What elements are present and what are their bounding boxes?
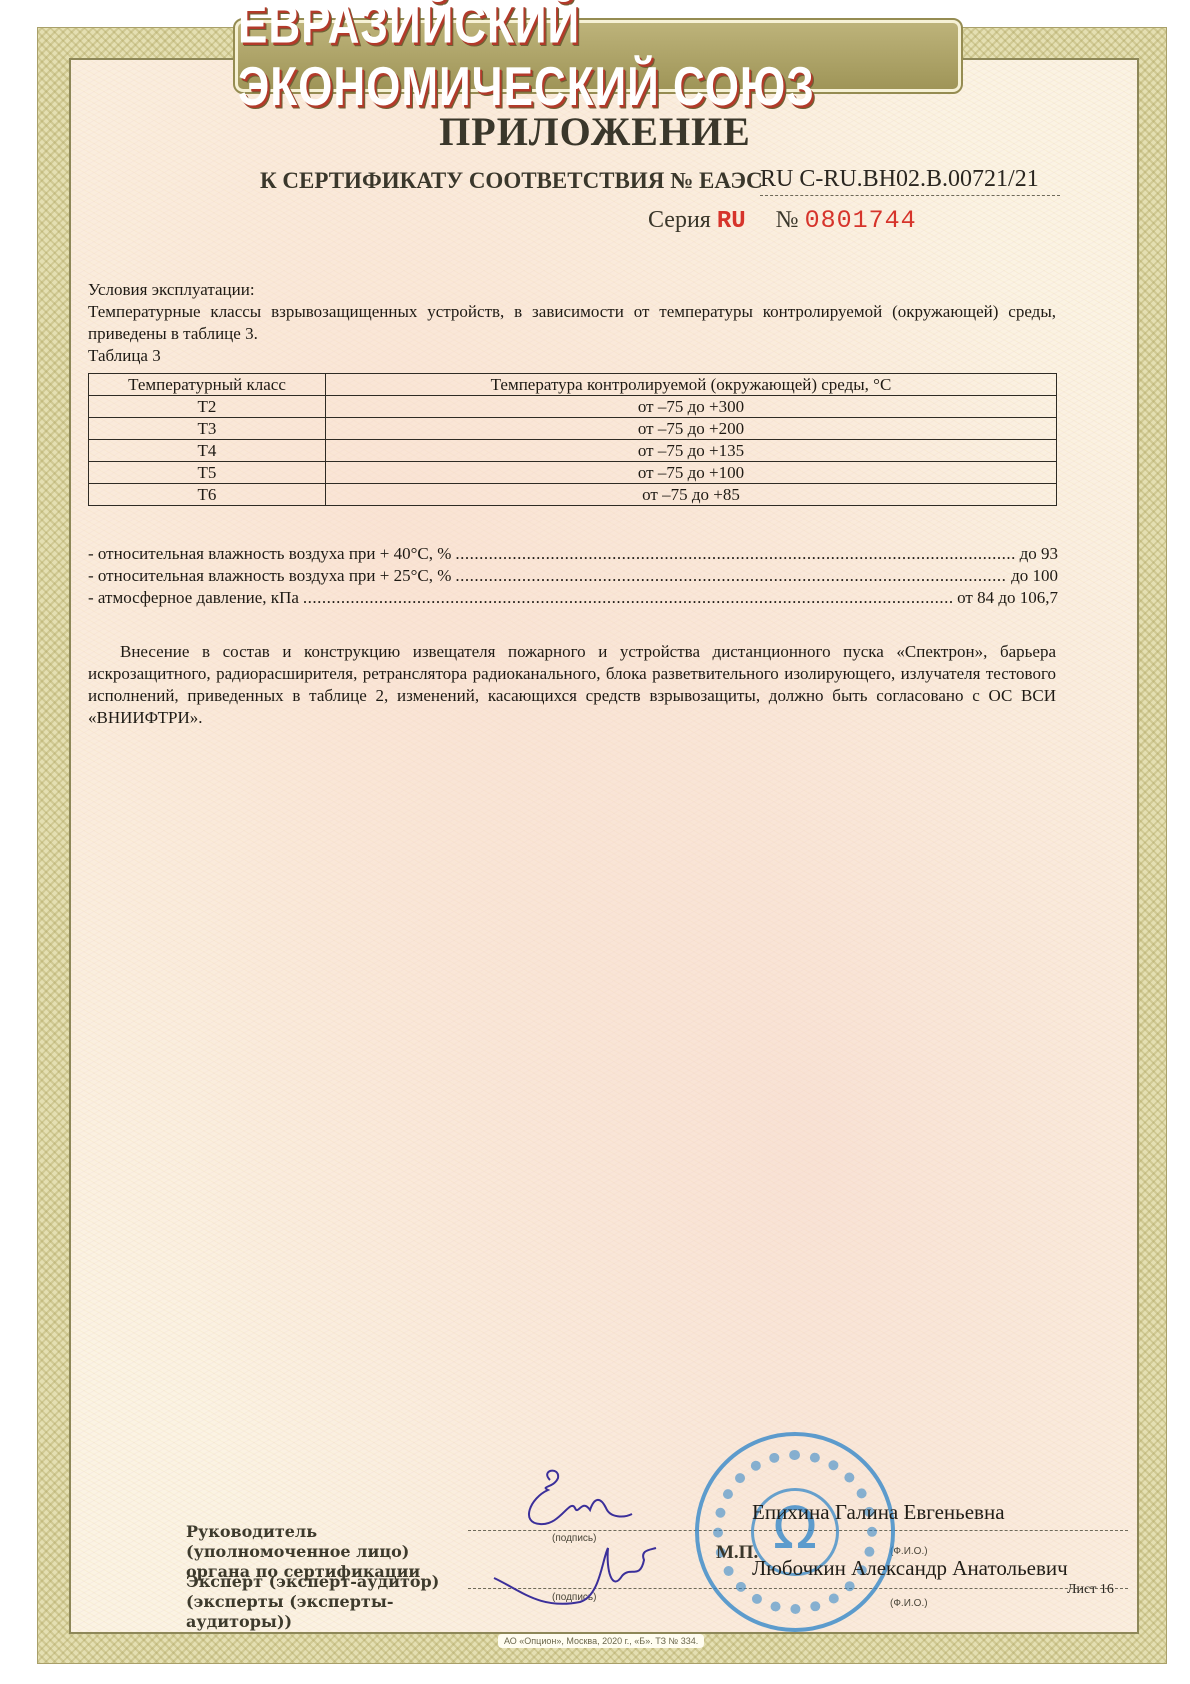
temp-range-cell: от –75 до +300: [326, 396, 1057, 418]
param-value: до 93: [1020, 543, 1058, 565]
table-row: Т2 от –75 до +300: [89, 396, 1057, 418]
column-header: Температура контролируемой (окружающей) …: [326, 374, 1057, 396]
param-row: - атмосферное давление, кПа от 84 до 106…: [88, 587, 1058, 609]
eaeu-banner: ЕВРАЗИЙСКИЙ ЭКОНОМИЧЕСКИЙ СОЮЗ: [235, 20, 961, 92]
param-label: - атмосферное давление, кПа: [88, 587, 299, 609]
column-header: Температурный класс: [89, 374, 326, 396]
conditions-block: Условия эксплуатации: Температурные клас…: [88, 279, 1056, 367]
temp-range-cell: от –75 до +85: [326, 484, 1057, 506]
table-header-row: Температурный класс Температура контроли…: [89, 374, 1057, 396]
table-row: Т5 от –75 до +100: [89, 462, 1057, 484]
blank-number: 0801744: [805, 206, 917, 235]
temp-class-cell: Т4: [89, 440, 326, 462]
head-name: Епихина Галина Евгеньевна: [752, 1500, 1005, 1525]
dot-leader: [455, 565, 1007, 587]
modification-note: Внесение в состав и конструкцию извещате…: [88, 641, 1056, 729]
expert-name-caption: (Ф.И.О.): [890, 1598, 928, 1609]
param-label: - относительная влажность воздуха при + …: [88, 543, 451, 565]
series-line: Серия RU № 0801744: [648, 206, 917, 235]
table-row: Т3 от –75 до +200: [89, 418, 1057, 440]
environment-params: - относительная влажность воздуха при + …: [88, 543, 1058, 609]
certificate-number: RU C-RU.BH02.B.00721/21: [760, 166, 1060, 196]
table-row: Т4 от –75 до +135: [89, 440, 1057, 462]
temp-class-cell: Т3: [89, 418, 326, 440]
certificate-label: К СЕРТИФИКАТУ СООТВЕТСТВИЯ № ЕАЭС: [260, 168, 763, 194]
page-title: ПРИЛОЖЕНИЕ: [0, 108, 1190, 155]
expert-signature: [490, 1540, 660, 1610]
temp-range-cell: от –75 до +200: [326, 418, 1057, 440]
conditions-intro: Температурные классы взрывозащищенных ус…: [88, 301, 1056, 345]
table-caption: Таблица 3: [88, 345, 1056, 367]
temp-class-cell: Т6: [89, 484, 326, 506]
param-row: - относительная влажность воздуха при + …: [88, 565, 1058, 587]
param-value: от 84 до 106,7: [957, 587, 1058, 609]
printer-imprint: АО «Опцион», Москва, 2020 г., «Б». ТЗ № …: [498, 1634, 704, 1648]
series-value: RU: [717, 208, 746, 235]
param-label: - относительная влажность воздуха при + …: [88, 565, 451, 587]
conditions-heading: Условия эксплуатации:: [88, 279, 1056, 301]
temp-class-cell: Т5: [89, 462, 326, 484]
dot-leader: [303, 587, 953, 609]
banner-title: ЕВРАЗИЙСКИЙ ЭКОНОМИЧЕСКИЙ СОЮЗ: [238, 0, 958, 119]
temp-range-cell: от –75 до +135: [326, 440, 1057, 462]
dot-leader: [455, 543, 1015, 565]
param-value: до 100: [1011, 565, 1058, 587]
sheet-number: Лист 16: [1067, 1582, 1114, 1598]
table-row: Т6 от –75 до +85: [89, 484, 1057, 506]
series-label: Серия: [648, 207, 711, 233]
expert-role-label: Эксперт (эксперт-аудитор) (эксперты (экс…: [186, 1572, 456, 1632]
expert-name: Любочкин Александр Анатольевич: [752, 1556, 1068, 1581]
temperature-class-table: Температурный класс Температура контроли…: [88, 373, 1057, 506]
temp-range-cell: от –75 до +100: [326, 462, 1057, 484]
param-row: - относительная влажность воздуха при + …: [88, 543, 1058, 565]
temp-class-cell: Т2: [89, 396, 326, 418]
head-signature: [520, 1468, 640, 1538]
number-label: №: [776, 207, 799, 233]
